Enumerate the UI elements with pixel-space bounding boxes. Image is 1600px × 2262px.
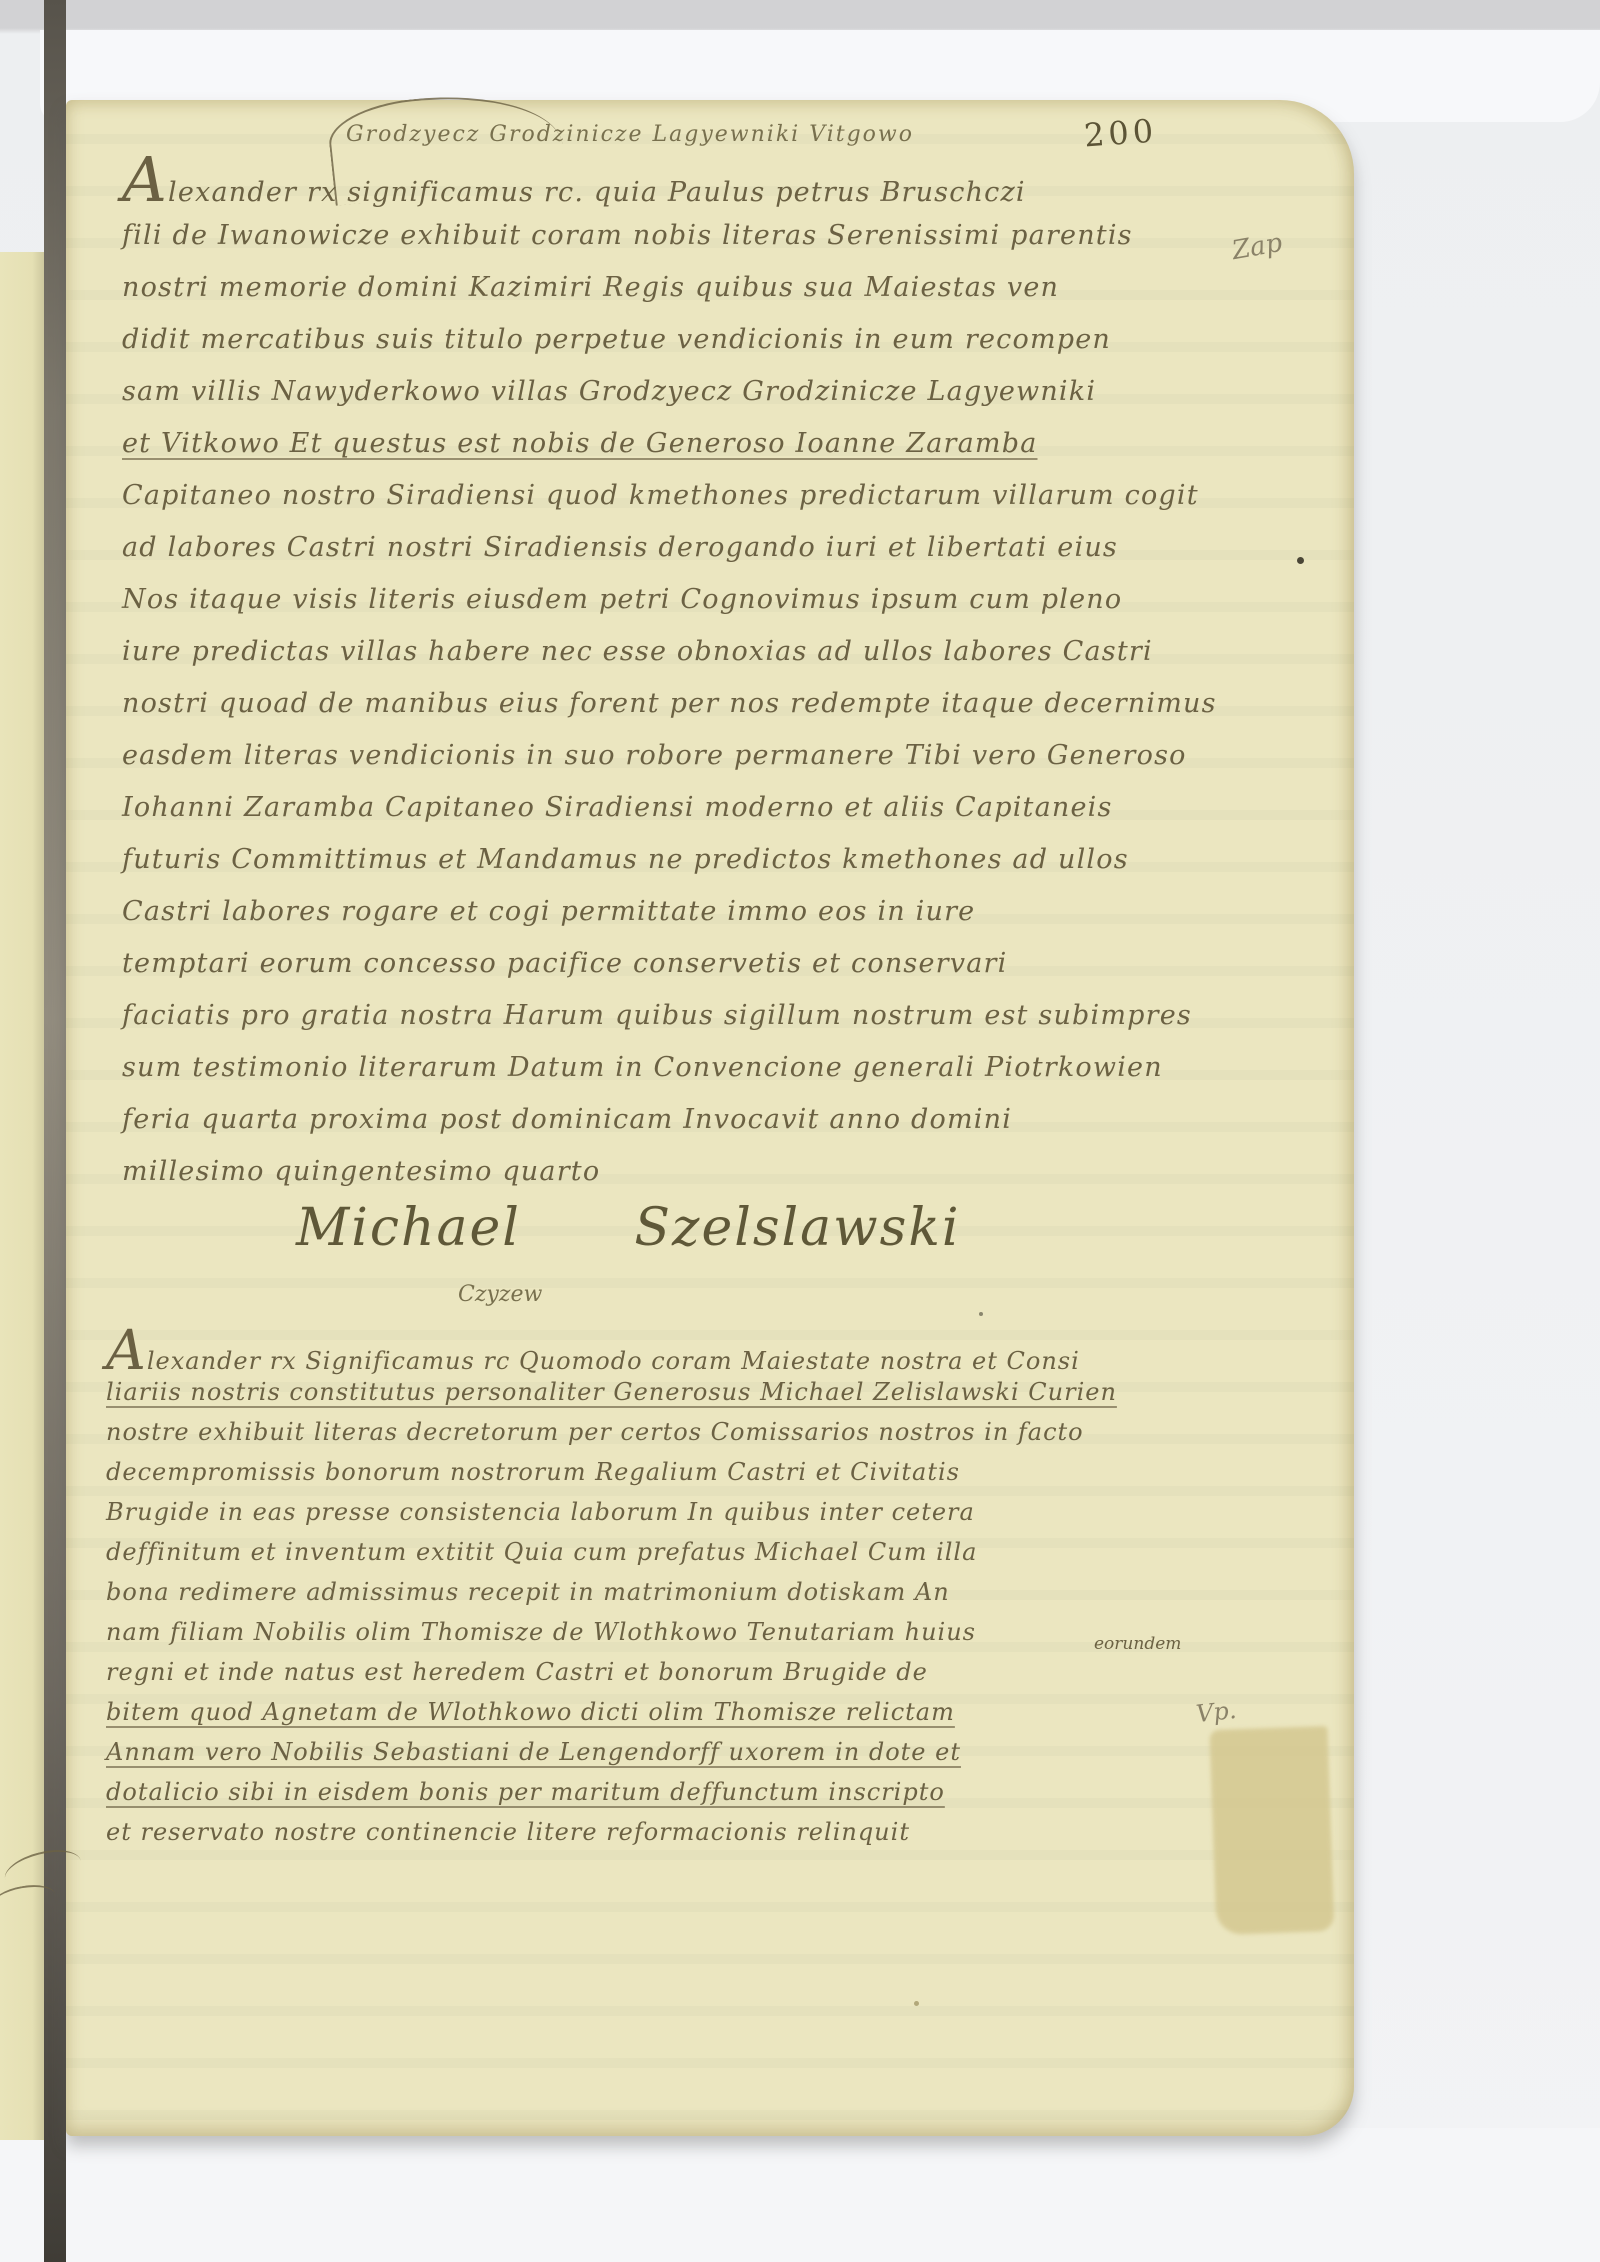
margin-note-zap: Zap [1230, 228, 1285, 266]
entry1-line: temptari eorum concesso pacifice conserv… [122, 938, 1007, 990]
folio-number: 200 [1083, 111, 1159, 154]
entry2-line: liariis nostris constitutus personaliter… [106, 1372, 1117, 1412]
entry1-line: nostri memorie domini Kazimiri Regis qui… [122, 262, 1059, 314]
manuscript-page: Grodzyecz Grodzinicze Lagyewniki Vitgowo… [66, 100, 1354, 2136]
entry1-line: nostri quoad de manibus eius forent per … [122, 678, 1217, 730]
record-heading: Michael Szelslawski [296, 1198, 961, 1258]
margin-note-vp: Vp. [1195, 1696, 1238, 1728]
entry1-line: millesimo quingentesimo quarto [122, 1146, 600, 1198]
entry2-line: nostre exhibuit literas decretorum per c… [106, 1412, 1084, 1452]
entry2-line: nam filiam Nobilis olim Thomisze de Wlot… [106, 1612, 976, 1652]
entry2-line: decempromissis bonorum nostrorum Regaliu… [106, 1452, 960, 1492]
interlinear-insertion: eorundem [1094, 1634, 1181, 1654]
entry2-line: dotalicio sibi in eisdem bonis per marit… [106, 1772, 945, 1812]
entry1-line: didit mercatibus suis titulo perpetue ve… [122, 314, 1111, 366]
entry2-line: Alexander rx Significamus rc Quomodo cor… [106, 1332, 1080, 1372]
entry1-line: feria quarta proxima post dominicam Invo… [122, 1094, 1012, 1146]
entry2-line: deffinitum et inventum extitit Quia cum … [106, 1532, 977, 1572]
entry1-line: ad labores Castri nostri Siradiensis der… [122, 522, 1118, 574]
ink-speck [979, 1312, 983, 1316]
entry1-line: et Vitkowo Et questus est nobis de Gener… [122, 418, 1038, 470]
scanned-manuscript-photo: { "page": { "folio_number": "200", "runn… [0, 0, 1600, 2262]
entry1-line: Nos itaque visis literis eiusdem petri C… [122, 574, 1122, 626]
entry1-line: sum testimonio literarum Datum in Conven… [122, 1042, 1163, 1094]
entry2-line: bona redimere admissimus recepit in matr… [106, 1572, 950, 1612]
entry1-line: Iohanni Zaramba Capitaneo Siradiensi mod… [122, 782, 1113, 834]
entry1-line: fili de Iwanowicze exhibuit coram nobis … [122, 210, 1133, 262]
backdrop-sheet-bottom [0, 2128, 1600, 2262]
entry2-line: regni et inde natus est heredem Castri e… [106, 1652, 928, 1692]
ink-speck [1297, 557, 1304, 564]
entry2-line: bitem quod Agnetam de Wlothkowo dicti ol… [106, 1692, 955, 1732]
entry1-line: Capitaneo nostro Siradiensi quod kmethon… [122, 470, 1199, 522]
entry1-line: iure predictas villas habere nec esse ob… [122, 626, 1153, 678]
entry2-line: Annam vero Nobilis Sebastiani de Lengend… [106, 1732, 961, 1772]
entry1-line: Alexander rx significamus rc. quia Paulu… [122, 158, 1026, 210]
entry1-line: easdem literas vendicionis in suo robore… [122, 730, 1187, 782]
entry2-line: Brugide in eas presse consistencia labor… [106, 1492, 975, 1532]
heading-subtitle: Czyzew [458, 1282, 542, 1307]
entry1-line: sam villis Nawyderkowo villas Grodzyecz … [122, 366, 1096, 418]
entry1-line: futuris Committimus et Mandamus ne predi… [122, 834, 1129, 886]
ink-speck [914, 2001, 919, 2006]
entry1-line: Castri labores rogare et cogi permittate… [122, 886, 975, 938]
binding-gutter [44, 0, 66, 2262]
entry1-line: faciatis pro gratia nostra Harum quibus … [122, 990, 1192, 1042]
page-stain [1209, 1726, 1334, 1935]
entry2-line: et reservato nostre continencie litere r… [106, 1812, 910, 1852]
